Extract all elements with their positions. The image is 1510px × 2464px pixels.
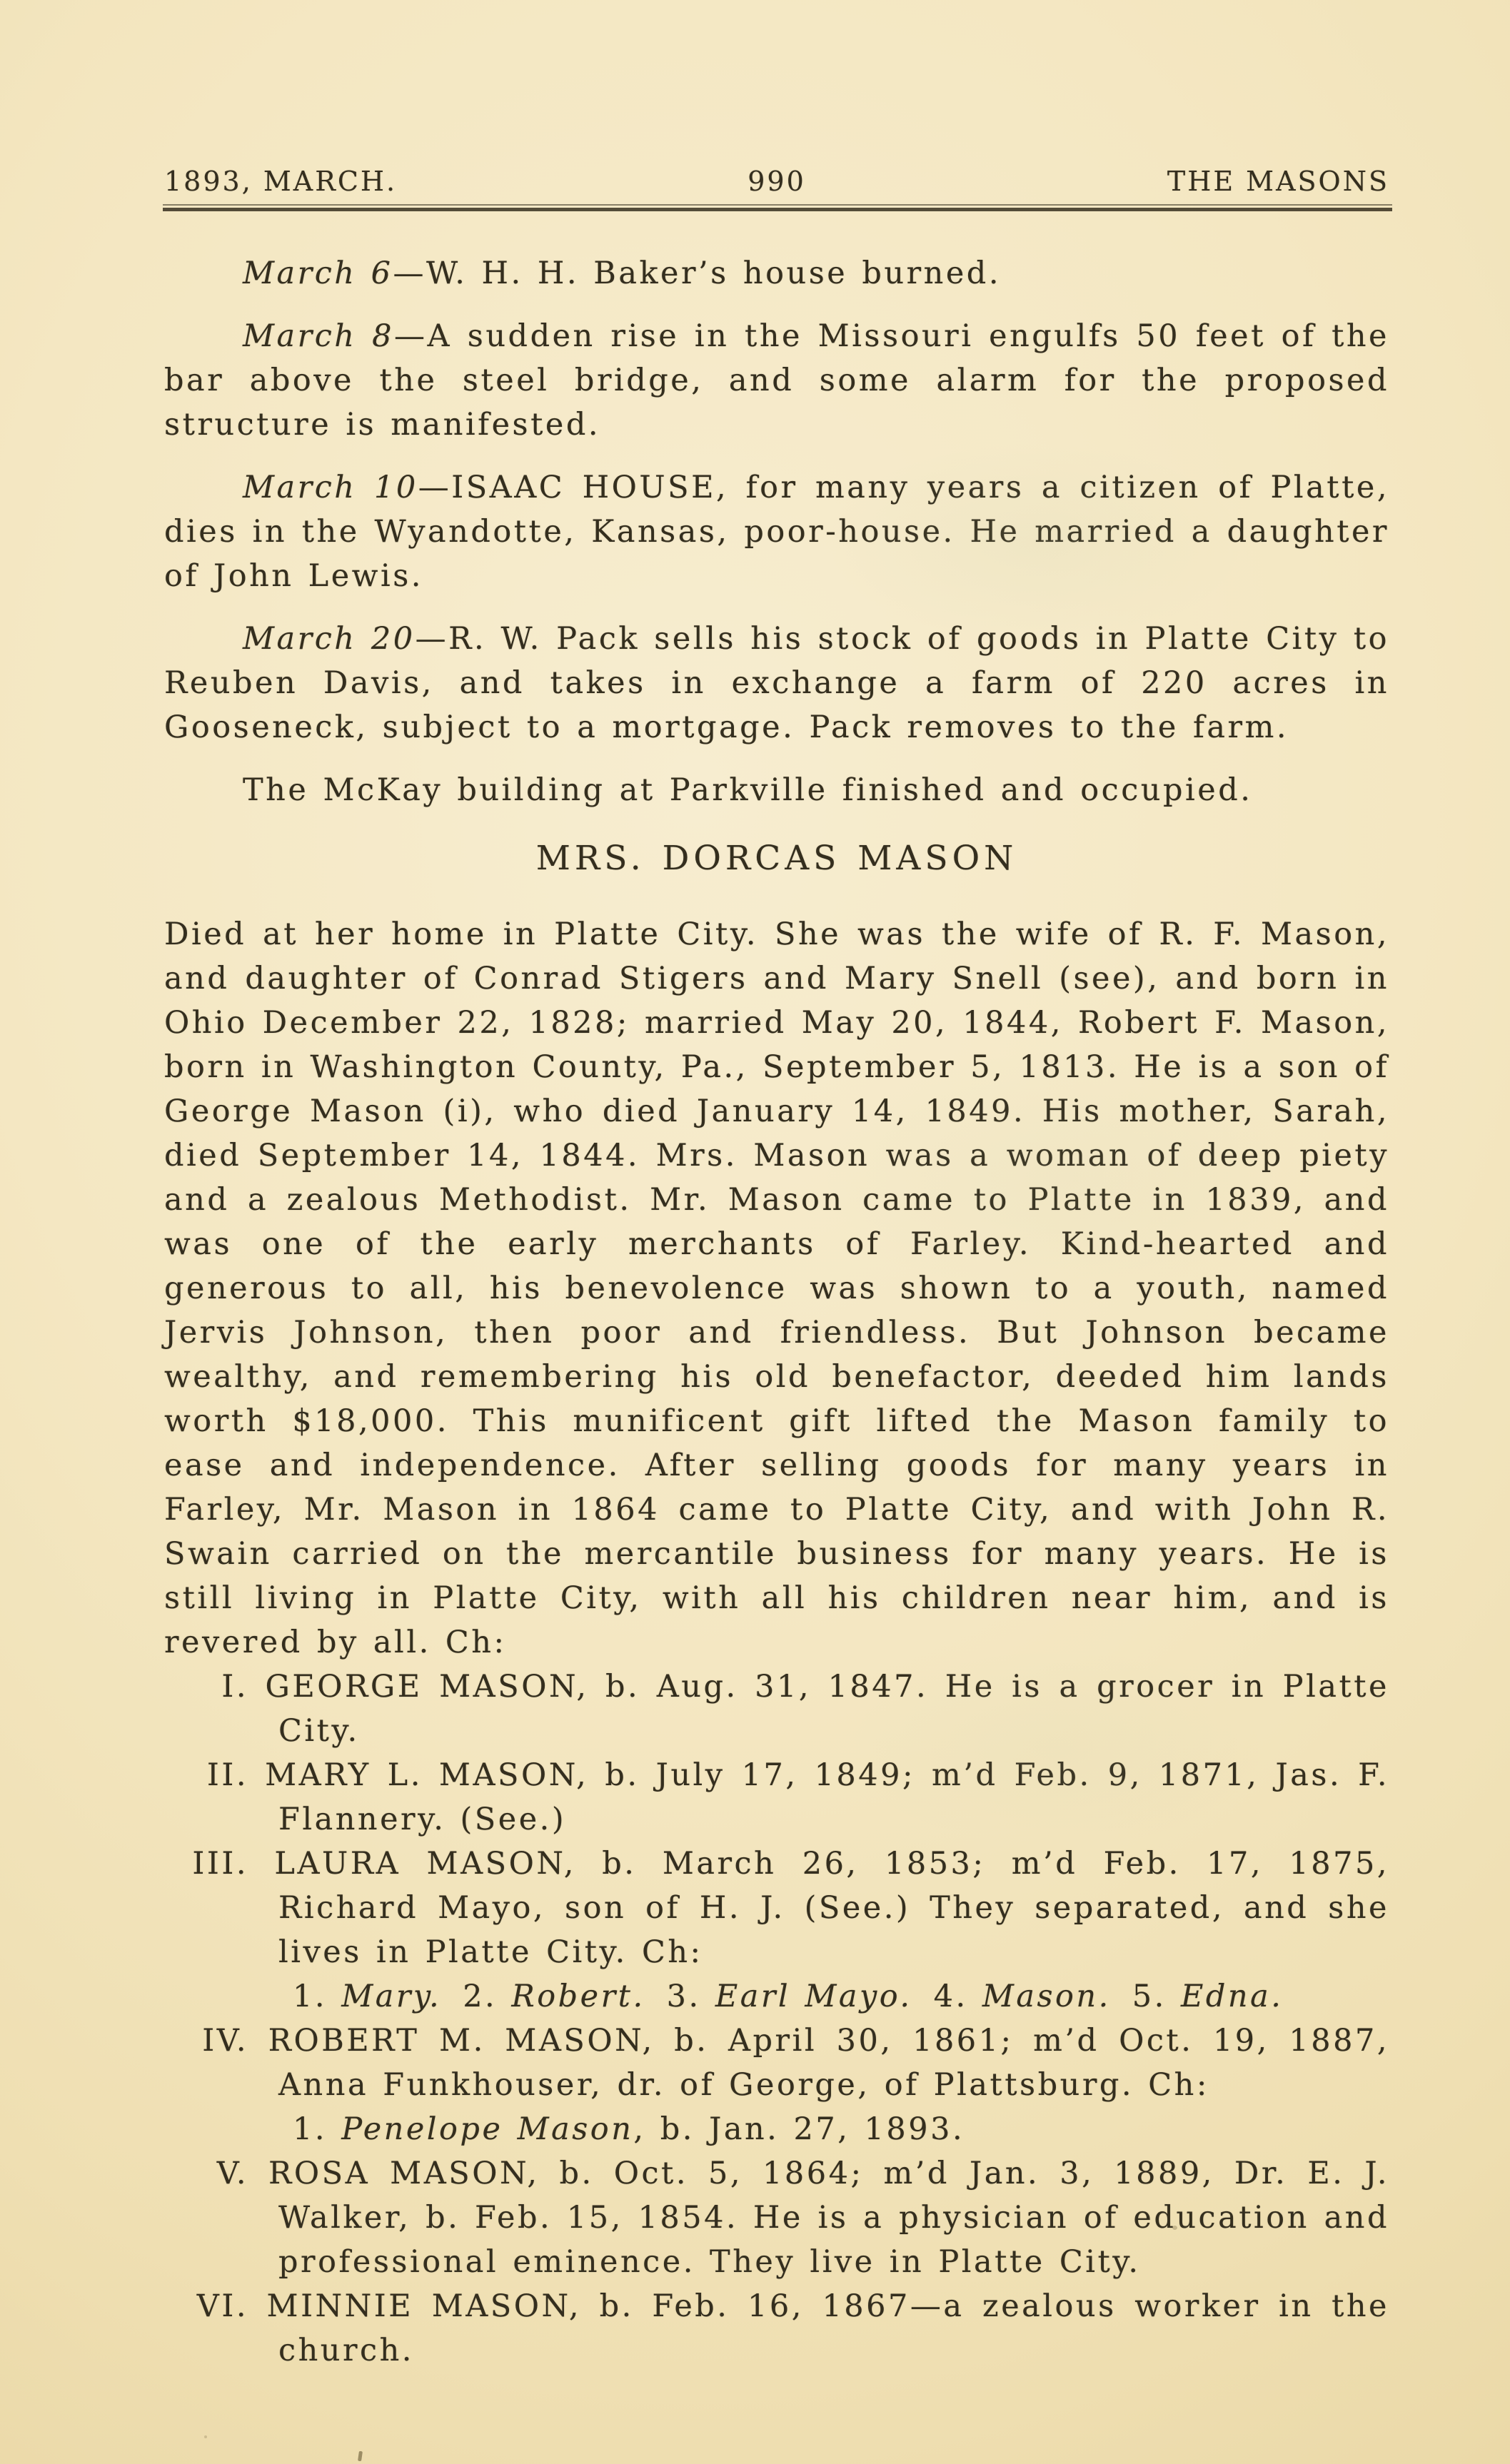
child-text: MINNIE MASON, b. Feb. 16, 1867—a zealous…: [267, 2288, 1389, 2368]
child-numeral: II.: [164, 1753, 248, 1797]
child-numeral: V.: [164, 2151, 248, 2196]
child-entry-2: II. MARY L. MASON, b. July 17, 1849; m’d…: [164, 1753, 1389, 1842]
child-entry-4: IV. ROBERT M. MASON, b. April 30, 1861; …: [164, 2019, 1389, 2107]
header-date: 1893, MARCH.: [164, 166, 748, 197]
grandchildren-line-4: 1. Penelope Mason, b. Jan. 27, 1893.: [164, 2107, 1389, 2151]
grandchild-name: Mary.: [341, 1979, 441, 2014]
page-number: 990: [748, 166, 806, 197]
grandchild: 3. Earl Mayo.: [667, 1979, 912, 2014]
diary-entry-march-6: March 6—W. H. H. Baker’s house burned.: [164, 251, 1389, 296]
grandchild-number: 3.: [667, 1979, 701, 2014]
grandchild-name: Edna.: [1181, 1979, 1283, 2014]
child-numeral: IV.: [164, 2019, 248, 2063]
header-rule: [163, 204, 1392, 211]
child-numeral: I.: [164, 1665, 248, 1709]
entry-date: March 6: [243, 256, 393, 291]
child-text: MARY L. MASON, b. July 17, 1849; m’d Feb…: [265, 1757, 1389, 1837]
grandchild: 4. Mason.: [934, 1979, 1111, 2014]
grandchild-number: 1.: [293, 2111, 327, 2147]
grandchild-name: Robert.: [511, 1979, 645, 2014]
header-title: THE MASONS: [806, 166, 1389, 197]
diary-entry-march-8: March 8—A sudden rise in the Missouri en…: [164, 314, 1389, 447]
grandchild-number: 2.: [463, 1979, 497, 2014]
grandchild: 2. Robert.: [463, 1979, 645, 2014]
grandchild-name: Mason.: [982, 1979, 1111, 2014]
obituary-heading: MRS. DORCAS MASON: [164, 837, 1389, 881]
grandchild: 5. Edna.: [1132, 1979, 1284, 2014]
ink-speck: [358, 2451, 363, 2462]
entry-date: March 10: [243, 470, 418, 505]
child-text: ROSA MASON, b. Oct. 5, 1864; m’d Jan. 3,…: [268, 2156, 1389, 2280]
running-head: 1893, MARCH. 990 THE MASONS: [164, 166, 1389, 197]
grandchild-number: 4.: [934, 1979, 968, 2014]
grandchild-name: Penelope Mason: [341, 2111, 633, 2147]
grandchildren-line-3: 1. Mary.2. Robert.3. Earl Mayo.4. Mason.…: [164, 1974, 1389, 2019]
grandchild-name: Earl Mayo.: [715, 1979, 912, 2014]
entry-date: March 20: [243, 621, 416, 657]
ink-speck: [1172, 2226, 1177, 2230]
ink-speck: [204, 2435, 207, 2438]
diary-entry-march-20: March 20—R. W. Pack sells his stock of g…: [164, 617, 1389, 749]
child-text: GEORGE MASON, b. Aug. 31, 1847. He is a …: [266, 1669, 1389, 1749]
child-entry-6: VI. MINNIE MASON, b. Feb. 16, 1867—a zea…: [164, 2284, 1389, 2373]
page-content: March 6—W. H. H. Baker’s house burned. M…: [164, 251, 1389, 2373]
entry-date: March 8: [243, 318, 394, 354]
diary-entry-march-10: March 10—ISAAC HOUSE, for many years a c…: [164, 465, 1389, 598]
grandchild-number: 5.: [1132, 1979, 1167, 2014]
child-text: LAURA MASON, b. March 26, 1853; m’d Feb.…: [274, 1846, 1389, 1970]
grandchild-birth: , b. Jan. 27, 1893.: [633, 2111, 965, 2147]
child-entry-5: V. ROSA MASON, b. Oct. 5, 1864; m’d Jan.…: [164, 2151, 1389, 2284]
child-entry-1: I. GEORGE MASON, b. Aug. 31, 1847. He is…: [164, 1665, 1389, 1753]
grandchild: 1. Mary.: [293, 1979, 441, 2014]
obituary-body: Died at her home in Platte City. She was…: [164, 912, 1389, 1665]
building-note: The McKay building at Parkville finished…: [164, 768, 1389, 812]
grandchild-number: 1.: [293, 1979, 327, 2014]
entry-text: —W. H. H. Baker’s house burned.: [393, 256, 1001, 291]
child-entry-3: III. LAURA MASON, b. March 26, 1853; m’d…: [164, 1842, 1389, 1974]
child-text: ROBERT M. MASON, b. April 30, 1861; m’d …: [268, 2023, 1389, 2103]
child-numeral: VI.: [164, 2284, 248, 2328]
book-page: 1893, MARCH. 990 THE MASONS March 6—W. H…: [0, 0, 1510, 2464]
child-numeral: III.: [164, 1842, 248, 1886]
